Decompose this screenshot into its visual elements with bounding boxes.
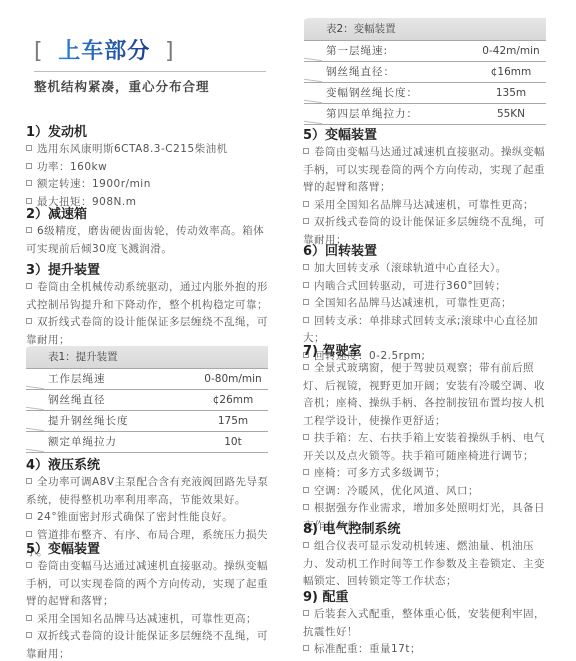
table-cell-value: 175m: [198, 411, 268, 431]
list-item: 全功率可调A8V主泵配合含有充液阀回路先导泵系统，使得整机功率利用率高，节能效果…: [26, 474, 271, 509]
bracket-close: ]: [165, 39, 175, 64]
square-bullet-icon: [303, 201, 309, 207]
square-bullet-icon: [26, 163, 32, 169]
square-bullet-icon: [303, 610, 309, 616]
table-cell-value: 10t: [198, 432, 268, 452]
section-cab: 7) 驾驶室 全景式玻璃窗，便于驾驶员观察；带有前后照灯、后视镜，视野更加开阔；…: [303, 343, 551, 535]
section-heading: 7) 驾驶室: [303, 343, 551, 360]
square-bullet-icon: [303, 504, 309, 510]
list-item: 空调：冷暖风，优化风道、风口；: [303, 483, 551, 501]
square-bullet-icon: [303, 317, 309, 323]
table-cell-value: 0-80m/min: [198, 369, 268, 389]
square-bullet-icon: [303, 645, 309, 651]
section-heading: 8) 电气控制系统: [303, 521, 551, 538]
table-cell-value: 55KN: [476, 104, 546, 124]
section-counterweight: 9) 配重 后装套入式配重，整体重心低，安装便利牢固，抗震性好！ 标准配重：重量…: [303, 589, 551, 659]
square-bullet-icon: [26, 513, 32, 519]
section-heading: 5）变幅装置: [303, 127, 551, 144]
square-bullet-icon: [26, 615, 32, 621]
table-cell-label: 工作层绳速: [26, 369, 198, 389]
square-bullet-icon: [26, 227, 32, 233]
section-header: [ 上车部分 ] 整机结构紧凑，重心分布合理: [34, 38, 266, 66]
page-title: [ 上车部分 ]: [34, 38, 266, 66]
square-bullet-icon: [26, 283, 32, 289]
list-item: 功率：160kw: [26, 159, 271, 177]
list-item: 标准配重：重量17t；: [303, 641, 551, 659]
square-bullet-icon: [26, 198, 32, 204]
section-heading: 9) 配重: [303, 589, 551, 606]
list-item: 双折线式卷筒的设计能保证多层缠绕不乱绳，可靠耐用；: [26, 314, 271, 349]
spec-table-luffing: 表2：变幅装置 第一层绳速: 0-42m/min 钢丝绳直径： ¢16mm 变幅…: [304, 18, 546, 125]
table-cell-label: 提升钢丝绳长度: [26, 411, 198, 431]
table-cell-label: 钢丝绳直径: [26, 390, 198, 410]
list-item: 双折线式卷筒的设计能保证多层缠绕不乱绳，可靠耐用；: [26, 628, 271, 661]
title-text: 上车部分: [52, 39, 156, 64]
square-bullet-icon: [26, 531, 32, 537]
square-bullet-icon: [26, 562, 32, 568]
square-bullet-icon: [303, 148, 309, 154]
section-heading: 1）发动机: [26, 124, 271, 141]
list-item: 卷筒由变幅马达通过减速机直接驱动。操纵变幅手柄，可以实现卷筒的两个方向传动，实现…: [26, 558, 271, 611]
list-item: 6级精度，磨齿硬齿面齿轮，传动效率高。箱体可实现前后倾30度飞溅润滑。: [26, 223, 271, 258]
list-item: 采用全国知名品牌马达减速机，可靠性更高；: [303, 197, 551, 215]
table-row: 额定单绳拉力 10t: [26, 432, 268, 453]
list-item: 24°锥面密封形式确保了密封性能良好。: [26, 509, 271, 527]
list-item: 组合仪表可显示发动机转速、燃油量、机油压力、发动机工作时间等工作参数及主卷锁定、…: [303, 538, 551, 591]
square-bullet-icon: [303, 218, 309, 224]
list-item: 全国知名品牌马达减速机，可靠性更高；: [303, 295, 551, 313]
section-electrical: 8) 电气控制系统 组合仪表可显示发动机转速、燃油量、机油压力、发动机工作时间等…: [303, 521, 551, 591]
table-caption: 表1：提升装置: [26, 346, 268, 369]
list-item: 后装套入式配重，整体重心低，安装便利牢固，抗震性好！: [303, 606, 551, 641]
section-heading: 4）液压系统: [26, 457, 271, 474]
table-row: 工作层绳速 0-80m/min: [26, 369, 268, 390]
list-item: 内啮合式回转驱动，可进行360°回转；: [303, 278, 551, 296]
square-bullet-icon: [303, 434, 309, 440]
square-bullet-icon: [26, 478, 32, 484]
list-item: 采用全国知名品牌马达减速机，可靠性更高；: [26, 611, 271, 629]
square-bullet-icon: [303, 364, 309, 370]
square-bullet-icon: [26, 180, 32, 186]
list-item: 卷筒由变幅马达通过减速机直接驱动。操纵变幅手柄，可以实现卷筒的两个方向传动，实现…: [303, 144, 551, 197]
table-cell-value: ¢26mm: [198, 390, 268, 410]
square-bullet-icon: [26, 632, 32, 638]
list-item: 额定转速：1900r/min: [26, 176, 271, 194]
table-cell-label: 第四层单绳拉力：: [304, 104, 476, 124]
table-cell-label: 变幅钢丝绳长度：: [304, 83, 476, 103]
table-cell-value: 0-42m/min: [476, 41, 546, 61]
list-item: 全景式玻璃窗，便于驾驶员观察；带有前后照灯、后视镜，视野更加开阔；安装有冷暖空调…: [303, 360, 551, 430]
table-cell-value: 135m: [476, 83, 546, 103]
square-bullet-icon: [303, 299, 309, 305]
table-row: 第四层单绳拉力： 55KN: [304, 104, 546, 125]
table-row: 变幅钢丝绳长度： 135m: [304, 83, 546, 104]
subtitle: 整机结构紧凑，重心分布合理: [34, 77, 210, 95]
section-luffing-right: 5）变幅装置 卷筒由变幅马达通过减速机直接驱动。操纵变幅手柄，可以实现卷筒的两个…: [303, 127, 551, 249]
list-item: 扶手箱：左、右扶手箱上安装着操纵手柄、电气开关以及点火锁等。扶手箱可随座椅进行调…: [303, 430, 551, 465]
square-bullet-icon: [303, 282, 309, 288]
list-item: 卷筒由全机械传动系统驱动，通过内胀外抱的形式控制吊钩提升和下降动作，整个机构稳定…: [26, 279, 271, 314]
bracket-open: [: [34, 39, 44, 64]
square-bullet-icon: [303, 487, 309, 493]
square-bullet-icon: [303, 542, 309, 548]
spec-table-hoist: 表1：提升装置 工作层绳速 0-80m/min 钢丝绳直径 ¢26mm 提升钢丝…: [26, 346, 268, 453]
square-bullet-icon: [303, 469, 309, 475]
table-row: 第一层绳速: 0-42m/min: [304, 41, 546, 62]
table-row: 钢丝绳直径 ¢26mm: [26, 390, 268, 411]
square-bullet-icon: [26, 145, 32, 151]
section-hoist: 3）提升装置 卷筒由全机械传动系统驱动，通过内胀外抱的形式控制吊钩提升和下降动作…: [26, 262, 271, 349]
section-heading: 2）减速箱: [26, 206, 271, 223]
list-item: 加大回转支承（滚球轨道中心直径大）。: [303, 260, 551, 278]
table-caption: 表2：变幅装置: [304, 18, 546, 41]
section-luffing-left: 5）变幅装置 卷筒由变幅马达通过减速机直接驱动。操纵变幅手柄，可以实现卷筒的两个…: [26, 541, 271, 661]
square-bullet-icon: [26, 318, 32, 324]
table-cell-label: 钢丝绳直径：: [304, 62, 476, 82]
section-heading: 3）提升装置: [26, 262, 271, 279]
table-cell-label: 第一层绳速:: [304, 41, 476, 61]
square-bullet-icon: [303, 264, 309, 270]
table-row: 提升钢丝绳长度 175m: [26, 411, 268, 432]
table-cell-value: ¢16mm: [476, 62, 546, 82]
table-row: 钢丝绳直径： ¢16mm: [304, 62, 546, 83]
section-heading: 6）回转装置: [303, 243, 551, 260]
title-divider: [34, 71, 266, 72]
section-heading: 5）变幅装置: [26, 541, 271, 558]
section-reducer: 2）减速箱 6级精度，磨齿硬齿面齿轮，传动效率高。箱体可实现前后倾30度飞溅润滑…: [26, 206, 271, 258]
list-item: 选用东风康明斯6CTA8.3-C215柴油机: [26, 141, 271, 159]
section-engine: 1）发动机 选用东风康明斯6CTA8.3-C215柴油机 功率：160kw 额定…: [26, 124, 271, 211]
table-cell-label: 额定单绳拉力: [26, 432, 198, 452]
list-item: 座椅：可多方式多级调节；: [303, 465, 551, 483]
